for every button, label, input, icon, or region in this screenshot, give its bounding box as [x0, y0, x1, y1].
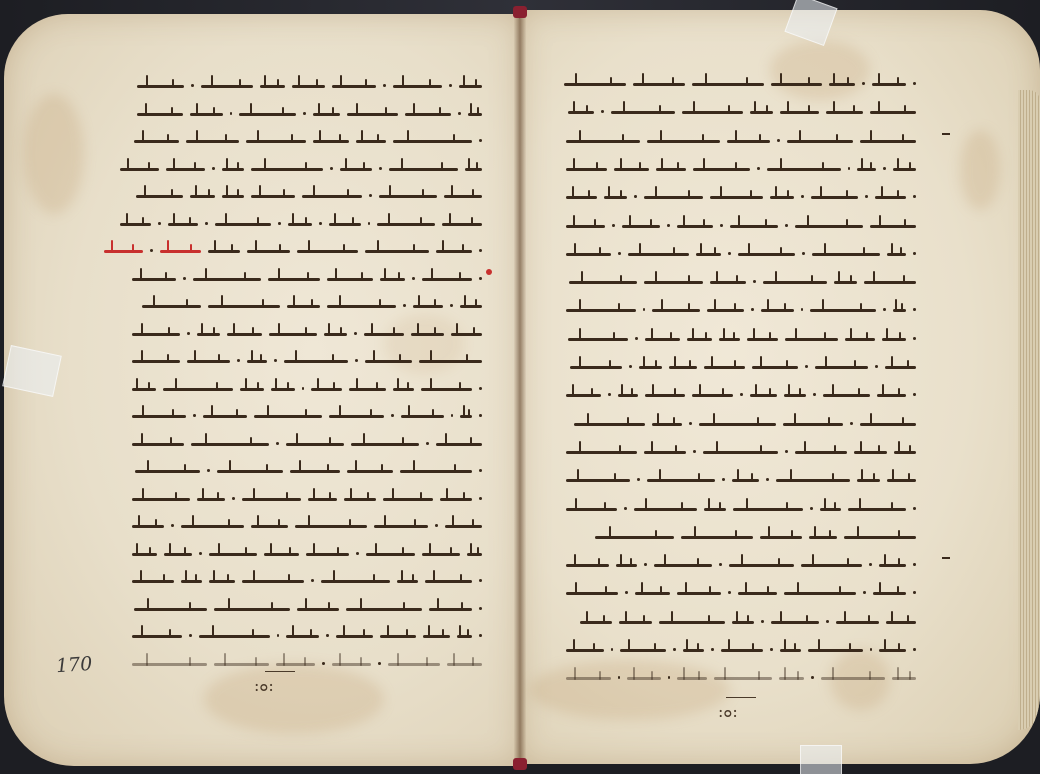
script-word: [422, 553, 460, 556]
script-word: [812, 253, 881, 256]
punctuation-dot: [644, 563, 647, 566]
script-word: [767, 168, 841, 171]
punctuation-dot: [356, 552, 359, 555]
script-word: [811, 196, 858, 199]
script-word: [692, 394, 733, 397]
punctuation-dot: [601, 110, 604, 113]
manuscript-line: [564, 92, 916, 114]
script-word: [893, 168, 916, 171]
punctuation-dot: [883, 167, 886, 170]
script-word: [181, 525, 244, 528]
script-word: [564, 83, 626, 86]
colophon-mark: :ܘ:: [254, 676, 274, 696]
script-word: [595, 536, 674, 539]
script-word: [284, 360, 348, 363]
script-word: [332, 85, 377, 88]
script-word: [217, 470, 283, 473]
punctuation-dot: [801, 308, 804, 311]
script-word: [208, 305, 280, 308]
manuscript-line: [566, 234, 916, 256]
script-word: [795, 451, 847, 454]
script-word: [566, 309, 636, 312]
punctuation-dot: [612, 224, 615, 227]
manuscript-line: [566, 206, 916, 228]
script-word: [286, 443, 344, 446]
manuscript-line: [132, 506, 482, 528]
manuscript-line: [132, 341, 482, 363]
script-word: [365, 250, 429, 253]
script-word: [634, 508, 697, 511]
tape-clip-bottom: [800, 745, 842, 774]
punctuation-dot: [319, 222, 322, 225]
script-word: [732, 479, 760, 482]
script-word: [422, 278, 472, 281]
script-word: [246, 140, 306, 143]
script-word: [132, 553, 157, 556]
colophon-overline: [265, 671, 295, 672]
script-word: [132, 443, 184, 446]
script-word: [186, 140, 239, 143]
punctuation-dot: [813, 393, 816, 396]
script-word: [795, 225, 863, 228]
script-word: [260, 85, 285, 88]
punctuation-dot: [719, 563, 722, 566]
script-word: [351, 443, 420, 446]
script-word: [327, 278, 372, 281]
script-word: [857, 168, 876, 171]
script-word: [457, 635, 473, 638]
script-word: [187, 360, 231, 363]
script-word: [191, 443, 269, 446]
script-word: [730, 225, 778, 228]
script-word: [780, 649, 801, 652]
manuscript-line: [132, 561, 482, 583]
script-word: [292, 85, 325, 88]
manuscript-line: [132, 534, 482, 556]
punctuation-dot: [330, 167, 333, 170]
folio-number: 170: [55, 653, 93, 677]
manuscript-line: [564, 121, 916, 143]
punctuation-dot: [740, 393, 743, 396]
script-word: [164, 553, 193, 556]
script-word: [860, 423, 916, 426]
punctuation-dot: [354, 332, 357, 335]
script-word: [132, 333, 180, 336]
script-word: [247, 250, 290, 253]
script-word: [727, 140, 770, 143]
manuscript-line: [566, 177, 916, 199]
script-word: [290, 470, 340, 473]
punctuation-dot: [311, 579, 314, 582]
punctuation-dot: [479, 469, 482, 472]
script-word: [297, 250, 358, 253]
script-word: [419, 360, 482, 363]
punctuation-dot: [913, 648, 916, 651]
manuscript-line: [566, 630, 916, 652]
script-word: [203, 415, 248, 418]
script-word: [251, 195, 295, 198]
manuscript-line: [132, 589, 482, 611]
script-word: [771, 83, 822, 86]
script-word: [714, 677, 773, 680]
punctuation-dot: [412, 277, 415, 280]
script-word: [344, 498, 375, 501]
script-word: [771, 621, 819, 624]
script-word: [222, 168, 245, 171]
punctuation-dot: [379, 167, 382, 170]
script-word: [879, 649, 906, 652]
script-word: [209, 553, 257, 556]
script-word: [332, 663, 371, 666]
punctuation-dot: [479, 414, 482, 417]
left-text-block: [74, 66, 482, 686]
script-word: [877, 394, 906, 397]
punctuation-dot: [811, 676, 814, 679]
script-word: [677, 677, 706, 680]
script-word: [732, 621, 754, 624]
manuscript-line: [566, 489, 916, 511]
script-word: [854, 451, 887, 454]
script-word: [566, 592, 618, 595]
script-word: [208, 250, 240, 253]
punctuation-dot: [801, 195, 804, 198]
punctuation-dot: [667, 224, 670, 227]
script-word: [810, 309, 876, 312]
script-word: [770, 196, 794, 199]
script-word: [654, 564, 713, 567]
script-word: [251, 525, 288, 528]
script-word: [467, 553, 482, 556]
script-word: [214, 608, 290, 611]
binding-top: [513, 6, 527, 18]
colophon-overline: [726, 697, 756, 698]
punctuation-dot: [355, 359, 358, 362]
script-word: [783, 423, 843, 426]
punctuation-dot: [850, 422, 853, 425]
script-word: [682, 111, 743, 114]
script-word: [383, 498, 433, 501]
punctuation-dot: [479, 387, 482, 390]
manuscript-line: [132, 286, 482, 308]
script-word: [197, 333, 220, 336]
manuscript-line: [120, 149, 482, 171]
script-word: [892, 677, 916, 680]
punctuation-dot: [479, 249, 482, 252]
manuscript-line: [137, 66, 482, 88]
script-word: [132, 525, 164, 528]
script-word: [264, 553, 298, 556]
script-word: [683, 649, 704, 652]
punctuation-dot: [751, 308, 754, 311]
script-word: [321, 580, 391, 583]
manuscript-line: [566, 347, 916, 369]
script-word: [566, 564, 609, 567]
script-word: [136, 195, 183, 198]
script-word: [411, 333, 443, 336]
script-word: [750, 394, 777, 397]
manuscript-line: [120, 121, 482, 143]
punctuation-dot: [728, 252, 731, 255]
punctuation-dot: [668, 676, 671, 679]
script-word: [703, 451, 779, 454]
script-word: [645, 394, 685, 397]
script-word: [604, 196, 627, 199]
binding-bottom: [513, 758, 527, 770]
script-word: [405, 113, 451, 116]
script-word: [738, 592, 777, 595]
script-word: [239, 113, 296, 116]
punctuation-dot: [913, 393, 916, 396]
script-word: [132, 278, 176, 281]
punctuation-dot: [158, 222, 161, 225]
script-word: [566, 451, 637, 454]
punctuation-dot: [193, 414, 196, 417]
script-word: [693, 168, 750, 171]
script-word: [393, 388, 414, 391]
manuscript-line: [566, 404, 916, 426]
script-word: [669, 366, 697, 369]
punctuation-dot: [805, 365, 808, 368]
script-word: [209, 580, 235, 583]
colophon-mark: :ܘ:: [718, 702, 738, 722]
script-word: [288, 223, 312, 226]
punctuation-dot: [326, 634, 329, 637]
script-word: [251, 168, 322, 171]
script-word: [879, 564, 906, 567]
script-word: [733, 508, 803, 511]
script-word: [760, 536, 802, 539]
script-word: [885, 366, 916, 369]
script-word: [886, 621, 916, 624]
script-word: [704, 508, 726, 511]
punctuation-dot: [913, 507, 916, 510]
script-word: [566, 508, 617, 511]
punctuation-dot: [757, 167, 760, 170]
script-word: [324, 333, 347, 336]
script-word: [875, 196, 906, 199]
punctuation-dot: [777, 139, 780, 142]
script-word: [445, 525, 482, 528]
script-word: [429, 608, 472, 611]
script-word: [242, 498, 301, 501]
script-word: [870, 225, 916, 228]
punctuation-dot: [383, 84, 386, 87]
script-word: [780, 111, 819, 114]
punctuation-dot: [368, 222, 371, 225]
punctuation-dot: [278, 222, 281, 225]
script-word: [440, 498, 472, 501]
script-word: [569, 281, 637, 284]
script-word: [645, 338, 680, 341]
book-gutter: [514, 8, 526, 768]
script-word: [801, 564, 862, 567]
script-word: [120, 223, 151, 226]
script-word: [864, 281, 916, 284]
script-word: [568, 111, 594, 114]
script-word: [738, 253, 795, 256]
punctuation-dot: [230, 112, 233, 115]
script-word: [459, 85, 482, 88]
script-word: [388, 663, 440, 666]
script-word: [639, 366, 662, 369]
script-word: [860, 140, 916, 143]
punctuation-dot: [479, 139, 482, 142]
script-word: [374, 525, 428, 528]
script-word: [356, 140, 386, 143]
script-word: [287, 305, 320, 308]
script-word: [436, 443, 482, 446]
manuscript-line: [132, 259, 482, 281]
script-word: [379, 195, 437, 198]
script-word: [611, 111, 675, 114]
punctuation-dot: [634, 195, 637, 198]
script-word: [620, 649, 666, 652]
script-word: [197, 498, 225, 501]
script-word: [719, 338, 740, 341]
script-word: [580, 621, 612, 624]
script-word: [619, 621, 652, 624]
script-word: [566, 168, 607, 171]
punctuation-dot: [848, 167, 851, 170]
punctuation-dot: [766, 478, 769, 481]
manuscript-line: [566, 545, 916, 567]
script-word: [442, 223, 482, 226]
script-word: [821, 677, 885, 680]
punctuation-dot: [643, 308, 646, 311]
script-word: [566, 253, 611, 256]
script-word: [844, 536, 916, 539]
script-word: [166, 168, 205, 171]
script-word: [308, 498, 337, 501]
script-word: [327, 305, 396, 308]
script-word: [460, 415, 472, 418]
script-word: [568, 338, 628, 341]
punctuation-dot: [618, 676, 621, 679]
script-word: [836, 621, 879, 624]
script-word: [468, 113, 482, 116]
script-word: [421, 388, 472, 391]
script-word: [349, 388, 386, 391]
script-word: [365, 360, 412, 363]
script-word: [656, 168, 686, 171]
punctuation-dot: [673, 648, 676, 651]
manuscript-line: [132, 369, 482, 391]
punctuation-dot: [207, 469, 210, 472]
script-word: [444, 195, 482, 198]
punctuation-dot: [302, 387, 305, 390]
script-word: [132, 388, 156, 391]
script-word: [750, 111, 773, 114]
punctuation-dot: [391, 414, 394, 417]
script-word: [647, 140, 720, 143]
punctuation-dot: [205, 222, 208, 225]
script-word: [784, 592, 856, 595]
manuscript-line: [92, 231, 482, 253]
punctuation-dot: [322, 662, 325, 665]
script-word: [227, 333, 262, 336]
punctuation-dot: [608, 393, 611, 396]
punctuation-dot: [913, 308, 916, 311]
script-word: [306, 553, 349, 556]
punctuation-dot: [369, 194, 372, 197]
script-word: [329, 415, 384, 418]
manuscript-line: [566, 460, 916, 482]
script-word: [616, 564, 637, 567]
script-word: [340, 168, 372, 171]
script-word: [465, 168, 482, 171]
script-word: [393, 140, 472, 143]
punctuation-dot: [435, 524, 438, 527]
script-word: [566, 140, 640, 143]
punctuation-dot: [171, 524, 174, 527]
script-word: [779, 677, 804, 680]
script-word: [644, 451, 686, 454]
punctuation-dot: [913, 337, 916, 340]
punctuation-dot: [728, 591, 731, 594]
script-word: [135, 470, 200, 473]
manuscript-line: [566, 290, 916, 312]
manuscript-line: [566, 375, 916, 397]
script-word: [347, 470, 393, 473]
script-word: [400, 470, 472, 473]
punctuation-dot: [451, 414, 454, 417]
script-word: [447, 663, 482, 666]
script-word: [142, 305, 201, 308]
punctuation-dot: [479, 277, 482, 280]
script-word: [168, 223, 198, 226]
manuscript-line: [132, 314, 482, 336]
script-word: [882, 338, 906, 341]
script-word: [393, 85, 441, 88]
script-word: [566, 677, 611, 680]
script-word: [276, 663, 315, 666]
punctuation-dot: [458, 112, 461, 115]
punctuation-dot: [883, 308, 886, 311]
punctuation-dot: [479, 634, 482, 637]
manuscript-line: [132, 479, 482, 501]
script-word: [761, 309, 794, 312]
script-word: [644, 196, 703, 199]
script-word: [380, 635, 416, 638]
punctuation-dot: [720, 224, 723, 227]
punctuation-dot: [810, 507, 813, 510]
punctuation-dot: [869, 563, 872, 566]
punctuation-dot: [191, 84, 194, 87]
punctuation-dot: [913, 252, 916, 255]
script-word: [163, 388, 234, 391]
left-page: 170 :ܘ:: [4, 14, 520, 766]
script-word: [199, 635, 269, 638]
script-word: [887, 479, 916, 482]
script-word: [302, 195, 362, 198]
script-word: [633, 83, 686, 86]
script-word: [808, 649, 863, 652]
script-word: [268, 278, 320, 281]
manuscript-line: [566, 262, 916, 284]
punctuation-dot: [611, 648, 614, 651]
punctuation-dot: [150, 249, 153, 252]
script-word: [614, 168, 649, 171]
script-word: [873, 592, 906, 595]
rubric-word: [104, 250, 143, 253]
script-word: [132, 498, 190, 501]
punctuation-dot: [479, 607, 482, 610]
script-word: [214, 663, 269, 666]
script-word: [570, 366, 622, 369]
punctuation-dot: [722, 478, 725, 481]
punctuation-dot: [426, 442, 429, 445]
punctuation-dot: [693, 450, 696, 453]
